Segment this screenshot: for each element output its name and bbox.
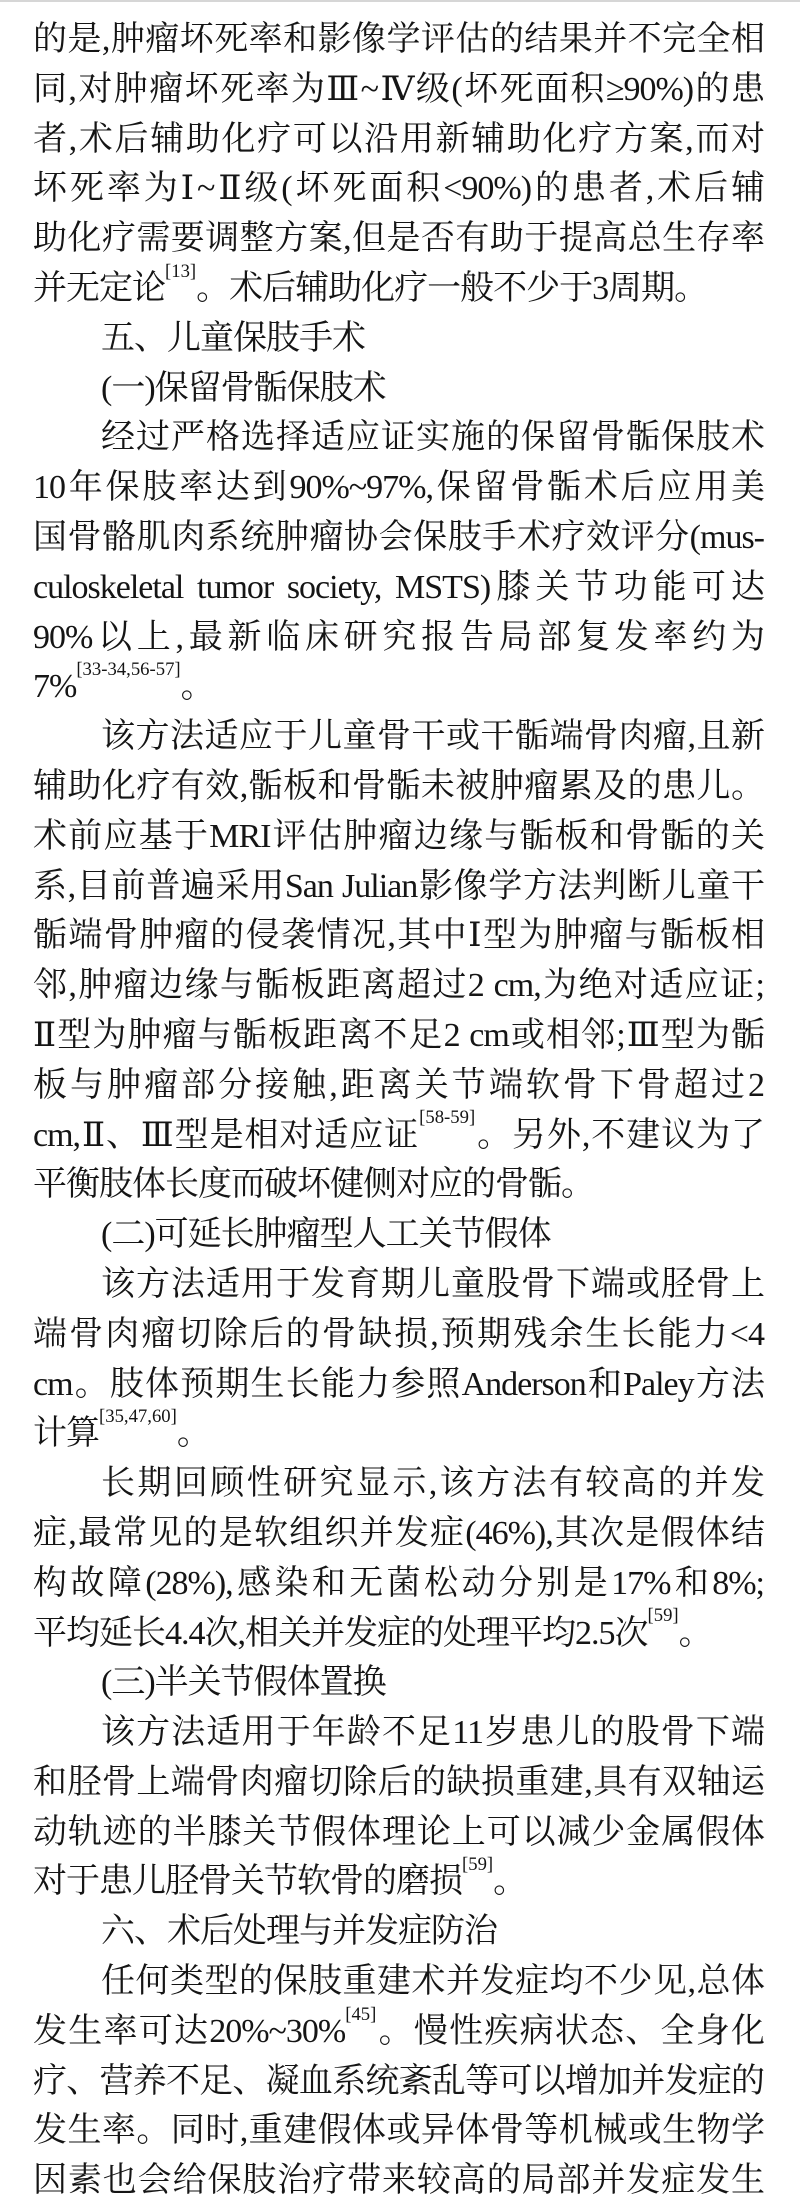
text-line: 国骨骼肌肉系统肿瘤协会保肢手术疗效评分(mus- [33, 513, 764, 563]
text-line: 对于患儿胫骨关节软骨的磨损[59]。 [33, 1857, 764, 1907]
text-line: 同,对肿瘤坏死率为Ⅲ~Ⅳ级(坏死面积≥90%)的患 [33, 65, 764, 115]
text-line: 坏死率为Ⅰ~Ⅱ级(坏死面积<90%)的患者,术后辅 [33, 164, 764, 214]
text-line: 长期回顾性研究显示,该方法有较高的并发 [33, 1459, 764, 1509]
text-line: 系,目前普遍采用San Julian影像学方法判断儿童干 [33, 862, 764, 912]
text-line: 平均延长4.4次,相关并发症的处理平均2.5次[59]。 [33, 1609, 764, 1659]
article-text-column: 的是,肿瘤坏死率和影像学评估的结果并不完全相同,对肿瘤坏死率为Ⅲ~Ⅳ级(坏死面积… [33, 15, 764, 2206]
section-heading: 五、儿童保肢手术 [33, 314, 764, 364]
text-line: 骺端骨肿瘤的侵袭情况,其中Ⅰ型为肿瘤与骺板相 [33, 911, 764, 961]
text-line: cm,Ⅱ、Ⅲ型是相对适应证[58-59]。另外,不建议为了 [33, 1111, 764, 1161]
text-line: 经过严格选择适应证实施的保留骨骺保肢术 [33, 413, 764, 463]
citation-ref: [59] [462, 1854, 493, 1875]
citation-ref: [59] [648, 1605, 679, 1626]
text-line: 和胫骨上端骨肉瘤切除后的缺损重建,具有双轴运 [33, 1758, 764, 1808]
text-line: 并无定论[13]。术后辅助化疗一般不少于3周期。 [33, 264, 764, 314]
scan-edge-artifact [0, 0, 800, 2]
page: 的是,肿瘤坏死率和影像学评估的结果并不完全相同,对肿瘤坏死率为Ⅲ~Ⅳ级(坏死面积… [0, 0, 800, 2212]
text-line: 症,最常见的是软组织并发症(46%),其次是假体结 [33, 1509, 764, 1559]
text-line: Ⅱ型为肿瘤与骺板距离不足2 cm或相邻;Ⅲ型为骺 [33, 1011, 764, 1061]
text-line: 90%以上,最新临床研究报告局部复发率约为 [33, 613, 764, 663]
text-line: 疗、营养不足、凝血系统紊乱等可以增加并发症的 [33, 2057, 764, 2107]
citation-ref: [13] [165, 261, 196, 282]
citation-ref: [45] [345, 2004, 376, 2025]
text-line: 的是,肿瘤坏死率和影像学评估的结果并不完全相 [33, 15, 764, 65]
text-line: 构故障(28%),感染和无菌松动分别是17%和8%; [33, 1559, 764, 1609]
citation-ref: [33-34,56-57] [76, 659, 180, 680]
text-line: 计算[35,47,60]。 [33, 1409, 764, 1459]
text-line: 助化疗需要调整方案,但是否有助于提高总生存率 [33, 214, 764, 264]
text-line: 术前应基于MRI评估肿瘤边缘与骺板和骨骺的关 [33, 812, 764, 862]
citation-ref: [35,47,60] [99, 1406, 177, 1427]
text-line: 因素也会给保肢治疗带来较高的局部并发症发生 [33, 2156, 764, 2206]
text-line: 任何类型的保肢重建术并发症均不少见,总体 [33, 1957, 764, 2007]
text-line: 邻,肿瘤边缘与骺板距离超过2 cm,为绝对适应证; [33, 961, 764, 1011]
text-line: 发生率可达20%~30%[45]。慢性疾病状态、全身化 [33, 2007, 764, 2057]
text-line: 者,术后辅助化疗可以沿用新辅助化疗方案,而对 [33, 115, 764, 165]
section-heading: (一)保留骨骺保肢术 [33, 364, 764, 414]
text-line: 发生率。同时,重建假体或异体骨等机械或生物学 [33, 2106, 764, 2156]
text-line: cm。肢体预期生长能力参照Anderson和Paley方法 [33, 1360, 764, 1410]
section-heading: (二)可延长肿瘤型人工关节假体 [33, 1210, 764, 1260]
text-line: 动轨迹的半膝关节假体理论上可以减少金属假体 [33, 1808, 764, 1858]
text-line: 该方法适应于儿童骨干或干骺端骨肉瘤,且新 [33, 712, 764, 762]
text-line: 辅助化疗有效,骺板和骨骺未被肿瘤累及的患儿。 [33, 762, 764, 812]
text-line: 该方法适用于年龄不足11岁患儿的股骨下端 [33, 1708, 764, 1758]
text-line: 平衡肢体长度而破坏健侧对应的骨骺。 [33, 1160, 764, 1210]
section-heading: (三)半关节假体置换 [33, 1658, 764, 1708]
text-line: 端骨肉瘤切除后的骨缺损,预期残余生长能力<4 [33, 1310, 764, 1360]
citation-ref: [58-59] [419, 1107, 475, 1128]
text-line: culoskeletal tumor society, MSTS)膝关节功能可达 [33, 563, 764, 613]
text-line: 该方法适用于发育期儿童股骨下端或胫骨上 [33, 1260, 764, 1310]
text-line: 10年保肢率达到90%~97%,保留骨骺术后应用美 [33, 463, 764, 513]
text-line: 7%[33-34,56-57]。 [33, 662, 764, 712]
text-line: 板与肿瘤部分接触,距离关节端软骨下骨超过2 [33, 1061, 764, 1111]
section-heading: 六、术后处理与并发症防治 [33, 1907, 764, 1957]
